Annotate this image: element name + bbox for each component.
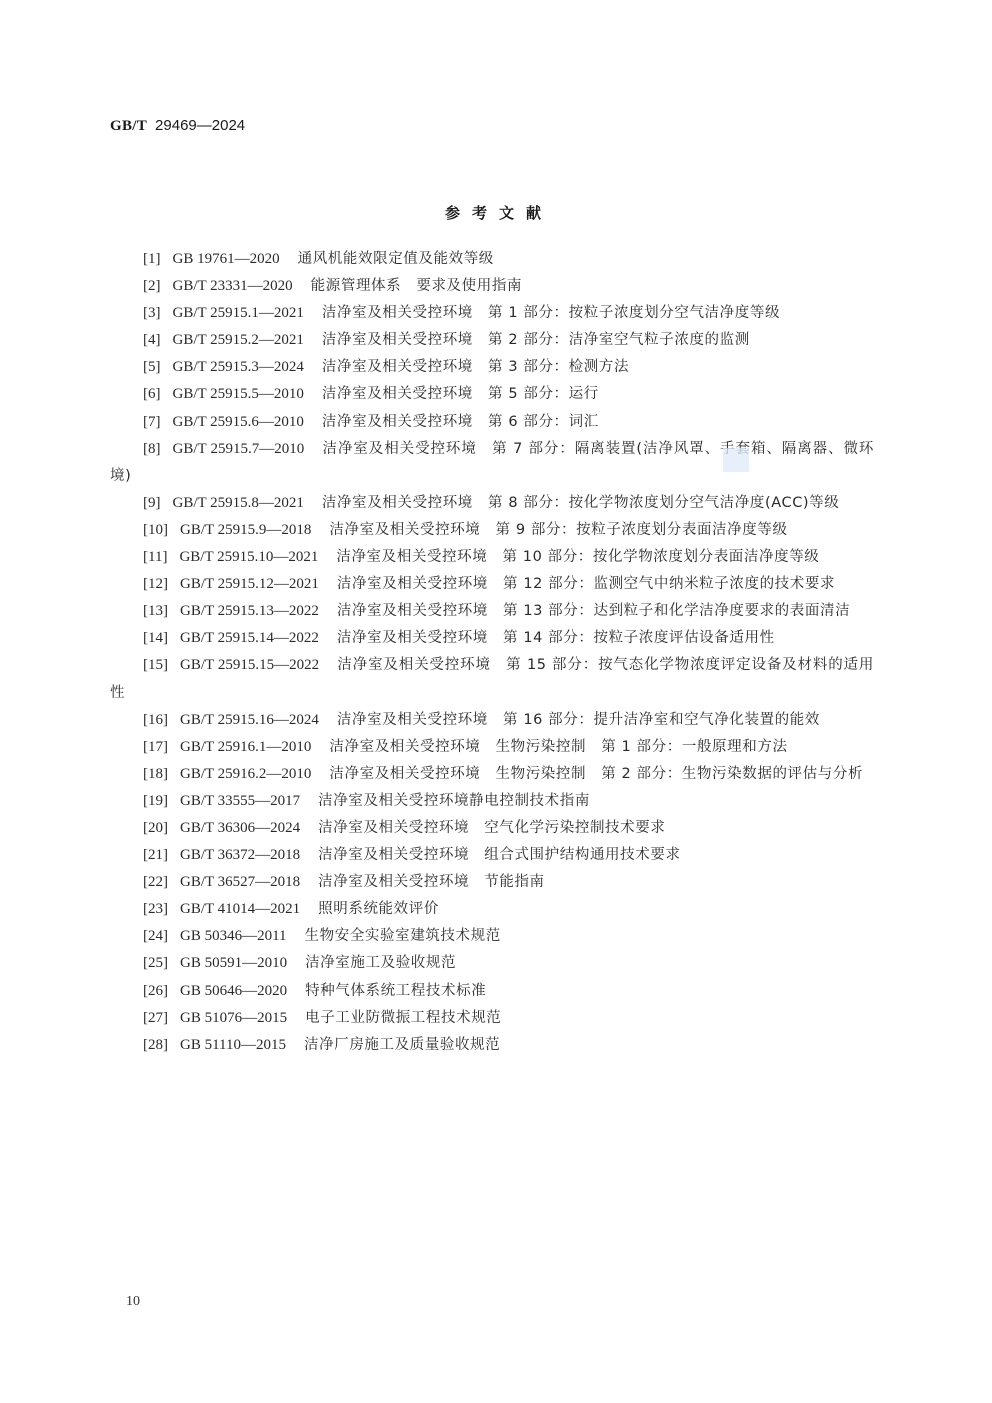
reference-standard-code: GB 51110—2015 (180, 1037, 286, 1053)
reference-standard-code: GB/T 25915.6—2010 (173, 414, 304, 430)
reference-standard-code: GB/T 36372—2018 (180, 847, 300, 863)
reference-title: 洁净室及相关受控环境 生物污染控制 第 1 部分：一般原理和方法 (329, 739, 787, 755)
reference-standard-code: GB/T 25915.8—2021 (173, 495, 304, 511)
reference-title: 生物安全实验室建筑技术规范 (305, 928, 501, 944)
reference-standard-code: GB 50346—2011 (180, 928, 287, 944)
reference-number: [3] (143, 305, 161, 321)
reference-item: [9]GB/T 25915.8—2021洁净室及相关受控环境 第 8 部分：按化… (110, 489, 874, 516)
reference-title: 洁净厂房施工及质量验收规范 (304, 1037, 500, 1053)
reference-standard-code: GB/T 25916.2—2010 (180, 766, 311, 782)
reference-item: [14]GB/T 25915.14—2022洁净室及相关受控环境 第 14 部分… (110, 624, 874, 651)
reference-title: 洁净室及相关受控环境 第 3 部分：检测方法 (322, 359, 629, 375)
reference-item: [26]GB 50646—2020特种气体系统工程技术标准 (110, 977, 874, 1004)
reference-item: [6]GB/T 25915.5—2010洁净室及相关受控环境 第 5 部分：运行 (110, 380, 874, 407)
reference-item: [20]GB/T 36306—2024洁净室及相关受控环境 空气化学污染控制技术… (110, 814, 874, 841)
reference-item: [8]GB/T 25915.7—2010洁净室及相关受控环境 第 7 部分：隔离… (110, 435, 874, 489)
reference-title: 洁净室及相关受控环境 第 6 部分：词汇 (322, 414, 599, 430)
reference-number: [5] (143, 359, 161, 375)
reference-number: [27] (143, 1010, 168, 1026)
reference-number: [8] (143, 441, 161, 457)
reference-item: [27]GB 51076—2015电子工业防微振工程技术规范 (110, 1004, 874, 1031)
reference-title: 特种气体系统工程技术标准 (305, 983, 486, 999)
reference-item: [10]GB/T 25915.9—2018洁净室及相关受控环境 第 9 部分：按… (110, 516, 874, 543)
reference-item: [24]GB 50346—2011生物安全实验室建筑技术规范 (110, 922, 874, 949)
reference-standard-code: GB/T 36527—2018 (180, 874, 300, 890)
reference-title: 洁净室及相关受控环境 第 14 部分：按粒子浓度评估设备适用性 (337, 630, 775, 646)
reference-item: [16]GB/T 25915.16—2024洁净室及相关受控环境 第 16 部分… (110, 706, 874, 733)
reference-number: [22] (143, 874, 168, 890)
reference-title: 洁净室及相关受控环境 第 9 部分：按粒子浓度划分表面洁净度等级 (329, 522, 787, 538)
reference-standard-code: GB/T 25915.13—2022 (180, 603, 319, 619)
reference-item: [17]GB/T 25916.1—2010洁净室及相关受控环境 生物污染控制 第… (110, 733, 874, 760)
reference-title: 电子工业防微振工程技术规范 (305, 1010, 501, 1026)
reference-item: [22]GB/T 36527—2018洁净室及相关受控环境 节能指南 (110, 868, 874, 895)
reference-title: 洁净室及相关受控环境 第 10 部分：按化学物浓度划分表面洁净度等级 (336, 549, 819, 565)
reference-item: [25]GB 50591—2010洁净室施工及验收规范 (110, 949, 874, 976)
reference-standard-code: GB/T 25915.10—2021 (179, 549, 318, 565)
reference-title: 能源管理体系 要求及使用指南 (311, 278, 522, 294)
reference-item: [12]GB/T 25915.12—2021洁净室及相关受控环境 第 12 部分… (110, 570, 874, 597)
reference-title: 洁净室及相关受控环境 空气化学污染控制技术要求 (318, 820, 665, 836)
reference-standard-code: GB/T 25915.3—2024 (173, 359, 304, 375)
reference-item: [15]GB/T 25915.15—2022洁净室及相关受控环境 第 15 部分… (110, 651, 874, 705)
reference-item: [3]GB/T 25915.1—2021洁净室及相关受控环境 第 1 部分：按粒… (110, 299, 874, 326)
reference-item: [2]GB/T 23331—2020能源管理体系 要求及使用指南 (110, 272, 874, 299)
reference-number: [20] (143, 820, 168, 836)
reference-number: [11] (143, 549, 167, 565)
reference-list: [1]GB 19761—2020通风机能效限定值及能效等级[2]GB/T 233… (110, 245, 874, 1058)
reference-number: [6] (143, 386, 161, 402)
reference-item: [18]GB/T 25916.2—2010洁净室及相关受控环境 生物污染控制 第… (110, 760, 874, 787)
reference-title: 洁净室施工及验收规范 (305, 955, 456, 971)
document-header: GB/T29469—2024 (110, 116, 245, 135)
reference-title: 洁净室及相关受控环境静电控制技术指南 (318, 793, 590, 809)
reference-standard-code: GB/T 25915.7—2010 (173, 441, 305, 457)
reference-title: 洁净室及相关受控环境 第 13 部分：达到粒子和化学洁净度要求的表面清洁 (337, 603, 850, 619)
reference-title: 通风机能效限定值及能效等级 (298, 251, 494, 267)
reference-standard-code: GB/T 41014—2021 (180, 901, 300, 917)
reference-number: [16] (143, 712, 168, 728)
reference-number: [12] (143, 576, 168, 592)
standard-prefix: GB/T (110, 118, 147, 134)
reference-number: [14] (143, 630, 168, 646)
reference-standard-code: GB/T 36306—2024 (180, 820, 300, 836)
reference-title: 洁净室及相关受控环境 生物污染控制 第 2 部分：生物污染数据的评估与分析 (329, 766, 863, 782)
page-number: 10 (126, 1294, 140, 1310)
reference-item: [5]GB/T 25915.3—2024洁净室及相关受控环境 第 3 部分：检测… (110, 353, 874, 380)
reference-number: [7] (143, 414, 161, 430)
reference-title: 洁净室及相关受控环境 节能指南 (318, 874, 545, 890)
reference-item: [4]GB/T 25915.2—2021洁净室及相关受控环境 第 2 部分：洁净… (110, 326, 874, 353)
reference-item: [19]GB/T 33555—2017洁净室及相关受控环境静电控制技术指南 (110, 787, 874, 814)
reference-standard-code: GB/T 25916.1—2010 (180, 739, 311, 755)
reference-item: [13]GB/T 25915.13—2022洁净室及相关受控环境 第 13 部分… (110, 597, 874, 624)
reference-number: [15] (143, 657, 168, 673)
reference-standard-code: GB 50646—2020 (180, 983, 287, 999)
reference-standard-code: GB/T 25915.9—2018 (180, 522, 311, 538)
reference-number: [1] (143, 251, 161, 267)
section-title: 参考文献 (0, 202, 992, 223)
reference-item: [7]GB/T 25915.6—2010洁净室及相关受控环境 第 6 部分：词汇 (110, 408, 874, 435)
reference-number: [21] (143, 847, 168, 863)
reference-standard-code: GB/T 25915.15—2022 (180, 657, 319, 673)
reference-title: 洁净室及相关受控环境 第 16 部分：提升洁净室和空气净化装置的能效 (337, 712, 820, 728)
reference-item: [21]GB/T 36372—2018洁净室及相关受控环境 组合式围护结构通用技… (110, 841, 874, 868)
standard-number: 29469—2024 (155, 117, 245, 134)
reference-item: [28]GB 51110—2015洁净厂房施工及质量验收规范 (110, 1031, 874, 1058)
reference-item: [1]GB 19761—2020通风机能效限定值及能效等级 (110, 245, 874, 272)
reference-item: [11]GB/T 25915.10—2021洁净室及相关受控环境 第 10 部分… (110, 543, 874, 570)
reference-standard-code: GB/T 25915.16—2024 (180, 712, 319, 728)
reference-standard-code: GB/T 25915.1—2021 (173, 305, 304, 321)
reference-number: [18] (143, 766, 168, 782)
reference-number: [28] (143, 1037, 168, 1053)
reference-title: 洁净室及相关受控环境 第 5 部分：运行 (322, 386, 599, 402)
reference-number: [10] (143, 522, 168, 538)
reference-standard-code: GB/T 25915.14—2022 (180, 630, 319, 646)
reference-standard-code: GB/T 23331—2020 (173, 278, 293, 294)
reference-number: [24] (143, 928, 168, 944)
reference-standard-code: GB/T 33555—2017 (180, 793, 300, 809)
reference-number: [9] (143, 495, 161, 511)
reference-number: [23] (143, 901, 168, 917)
reference-title: 洁净室及相关受控环境 第 8 部分：按化学物浓度划分空气洁净度(ACC)等级 (322, 495, 839, 511)
reference-title: 照明系统能效评价 (318, 901, 439, 917)
reference-standard-code: GB 19761—2020 (173, 251, 280, 267)
reference-standard-code: GB/T 25915.5—2010 (173, 386, 304, 402)
reference-item: [23]GB/T 41014—2021照明系统能效评价 (110, 895, 874, 922)
reference-number: [17] (143, 739, 168, 755)
reference-title: 洁净室及相关受控环境 第 1 部分：按粒子浓度划分空气洁净度等级 (322, 305, 780, 321)
reference-number: [19] (143, 793, 168, 809)
reference-standard-code: GB/T 25915.2—2021 (173, 332, 304, 348)
reference-title: 洁净室及相关受控环境 第 2 部分：洁净室空气粒子浓度的监测 (322, 332, 750, 348)
reference-number: [13] (143, 603, 168, 619)
reference-number: [25] (143, 955, 168, 971)
reference-title: 洁净室及相关受控环境 第 12 部分：监测空气中纳米粒子浓度的技术要求 (337, 576, 835, 592)
reference-number: [4] (143, 332, 161, 348)
reference-title: 洁净室及相关受控环境 组合式围护结构通用技术要求 (318, 847, 680, 863)
reference-number: [2] (143, 278, 161, 294)
reference-number: [26] (143, 983, 168, 999)
reference-standard-code: GB/T 25915.12—2021 (180, 576, 319, 592)
reference-standard-code: GB 51076—2015 (180, 1010, 287, 1026)
reference-standard-code: GB 50591—2010 (180, 955, 287, 971)
